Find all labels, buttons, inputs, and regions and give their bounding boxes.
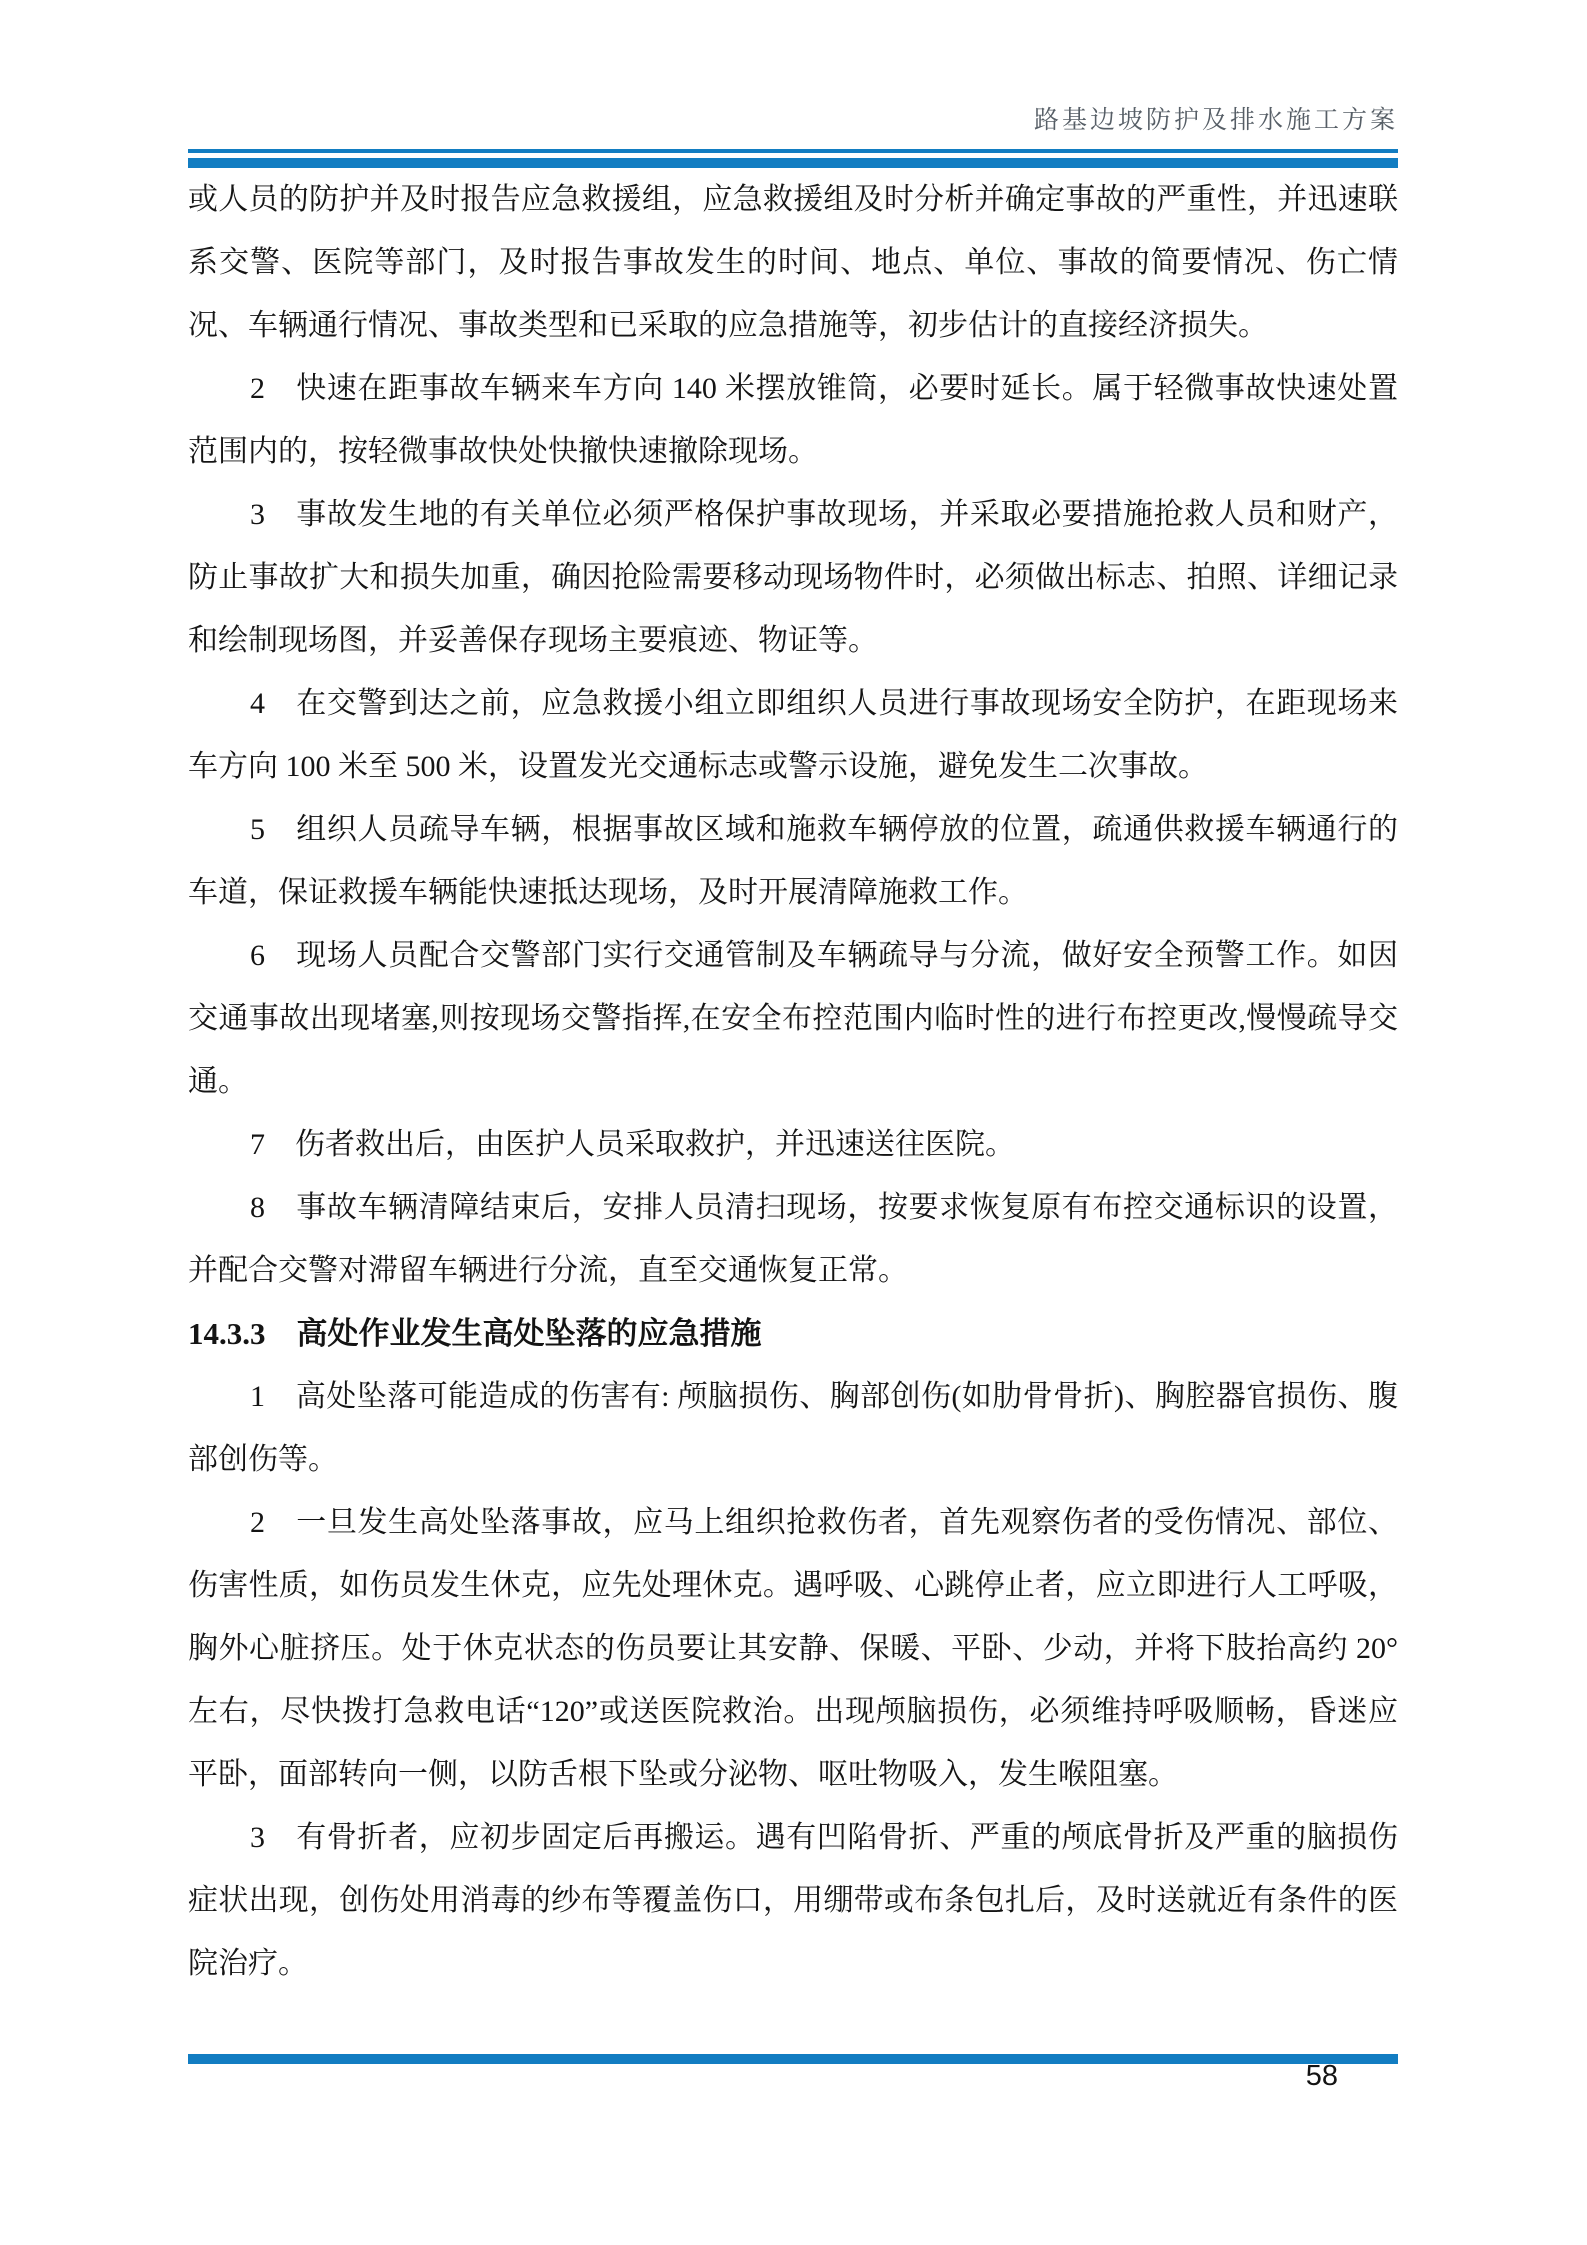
paragraph-item-2b: 2 一旦发生高处坠落事故，应马上组织抢救伤者，首先观察伤者的受伤情况、部位、伤害… [188, 1491, 1398, 1806]
paragraph-item-7: 7 伤者救出后，由医护人员采取救护，并迅速送往医院。 [188, 1113, 1398, 1176]
paragraph-item-1b: 1 高处坠落可能造成的伤害有: 颅脑损伤、胸部创伤(如肋骨骨折)、胸腔器官损伤、… [188, 1365, 1398, 1491]
header-title: 路基边坡防护及排水施工方案 [188, 100, 1398, 136]
header-rule-thin [188, 149, 1398, 153]
paragraph-continuation: 或人员的防护并及时报告应急救援组，应急救援组及时分析并确定事故的严重性，并迅速联… [188, 168, 1398, 357]
paragraph-item-3: 3 事故发生地的有关单位必须严格保护事故现场，并采取必要措施抢救人员和财产，防止… [188, 483, 1398, 672]
paragraph-item-5: 5 组织人员疏导车辆，根据事故区域和施救车辆停放的位置，疏通供救援车辆通行的车道… [188, 798, 1398, 924]
header-rule-thick [188, 158, 1398, 168]
paragraph-item-8: 8 事故车辆清障结束后，安排人员清扫现场，按要求恢复原有布控交通标识的设置，并配… [188, 1176, 1398, 1302]
document-page: 路基边坡防护及排水施工方案 或人员的防护并及时报告应急救援组，应急救援组及时分析… [0, 0, 1587, 2245]
paragraph-item-6: 6 现场人员配合交警部门实行交通管制及车辆疏导与分流，做好安全预警工作。如因交通… [188, 924, 1398, 1113]
paragraph-item-3b: 3 有骨折者，应初步固定后再搬运。遇有凹陷骨折、严重的颅底骨折及严重的脑损伤症状… [188, 1806, 1398, 1995]
document-body: 或人员的防护并及时报告应急救援组，应急救援组及时分析并确定事故的严重性，并迅速联… [188, 168, 1398, 1995]
page-number: 58 [1306, 2060, 1338, 2093]
paragraph-item-2: 2 快速在距事故车辆来车方向 140 米摆放锥筒，必要时延长。属于轻微事故快速处… [188, 357, 1398, 483]
section-heading-14-3-3: 14.3.3 高处作业发生高处坠落的应急措施 [188, 1302, 1398, 1365]
paragraph-item-4: 4 在交警到达之前，应急救援小组立即组织人员进行事故现场安全防护，在距现场来车方… [188, 672, 1398, 798]
footer-rule [188, 2054, 1398, 2064]
